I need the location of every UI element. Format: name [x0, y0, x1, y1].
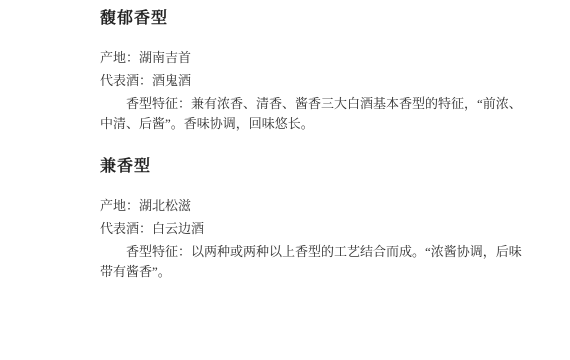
paragraph-origin: 产地：湖南吉首	[100, 48, 540, 68]
paragraph-line: 代表酒：酒鬼酒	[100, 73, 191, 88]
paragraph-line: 代表酒：白云边酒	[100, 221, 204, 236]
paragraph-aroma-characteristics: 香型特征：以两种或两种以上香型的工艺结合而成。“浓酱协调，后味 带有酱香”。	[100, 242, 540, 282]
paragraph-line: 产地：湖北松滋	[100, 198, 191, 213]
paragraph-representative-liquor: 代表酒：酒鬼酒	[100, 71, 540, 91]
section-heading-jianxiang: 兼香型	[100, 155, 151, 179]
paragraph-origin: 产地：湖北松滋	[100, 196, 540, 216]
paragraph-line: 带有酱香”。	[100, 262, 540, 282]
paragraph-line: 产地：湖南吉首	[100, 50, 191, 65]
section-heading-fuyu: 馥郁香型	[100, 7, 168, 31]
document-page: 馥郁香型 产地：湖南吉首 代表酒：酒鬼酒 香型特征：兼有浓香、清香、酱香三大白酒…	[0, 0, 570, 360]
paragraph-line: 香型特征：以两种或两种以上香型的工艺结合而成。“浓酱协调，后味	[100, 242, 540, 262]
paragraph-line: 中清、后酱”。香味协调，回味悠长。	[100, 114, 540, 134]
paragraph-aroma-characteristics: 香型特征：兼有浓香、清香、酱香三大白酒基本香型的特征，“前浓、 中清、后酱”。香…	[100, 94, 540, 134]
section-body-jianxiang: 产地：湖北松滋 代表酒：白云边酒 香型特征：以两种或两种以上香型的工艺结合而成。…	[100, 196, 540, 285]
paragraph-representative-liquor: 代表酒：白云边酒	[100, 219, 540, 239]
paragraph-line: 香型特征：兼有浓香、清香、酱香三大白酒基本香型的特征，“前浓、	[100, 94, 540, 114]
section-body-fuyu: 产地：湖南吉首 代表酒：酒鬼酒 香型特征：兼有浓香、清香、酱香三大白酒基本香型的…	[100, 48, 540, 137]
